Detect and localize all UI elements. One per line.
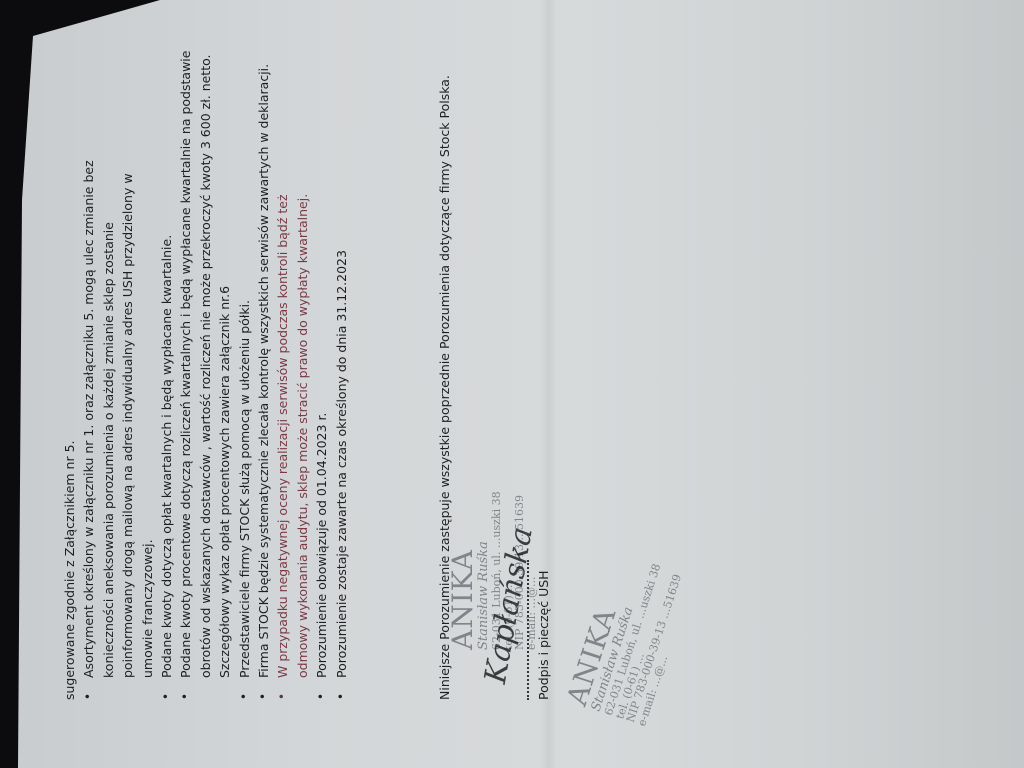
bullet-icon: • — [332, 678, 351, 700]
bullet-item: •Podane kwoty dotyczą opłat kwartalnych … — [157, 40, 176, 700]
bullet-icon: • — [235, 678, 254, 700]
bullet-icon: • — [176, 678, 195, 700]
bullet-item: •Porozumienie zostaje zawarte na czas ok… — [332, 40, 351, 700]
bullet-text-line: Asortyment określony w załączniku nr 1. … — [79, 40, 98, 678]
bullet-text-line: Porozumienie obowiązuje od 01.04.2023 r. — [312, 40, 331, 678]
bullet-text-line: Podane kwoty procentowe dotyczą rozlicze… — [176, 40, 195, 678]
bullet-icon: • — [254, 678, 273, 700]
bullet-item: •Porozumienie obowiązuje od 01.04.2023 r… — [312, 40, 331, 700]
bullet-text-line: Porozumienie zostaje zawarte na czas okr… — [332, 40, 351, 678]
bullet-text-line: odmowy wykonania audytu, sklep może stra… — [293, 40, 312, 678]
bullet-item: •Przedstawiciele firmy STOCK służą pomoc… — [235, 40, 254, 700]
bullet-item: •Podane kwoty procentowe dotyczą rozlicz… — [176, 40, 234, 700]
bullet-text-line: obrotów od wskazanych dostawców , wartoś… — [196, 40, 215, 678]
bullet-icon: • — [273, 678, 292, 700]
bullet-list: •Asortyment określony w załączniku nr 1.… — [79, 40, 351, 700]
bullet-text-line: Szczegółowy wykaz opłat procentowych zaw… — [215, 40, 234, 678]
bullet-icon: • — [312, 678, 331, 700]
bullet-text-line: Podane kwoty dotyczą opłat kwartalnych i… — [157, 40, 176, 678]
bullet-text-line: umowie franczyzowej. — [138, 40, 157, 678]
bullet-item: •Asortyment określony w załączniku nr 1.… — [79, 40, 157, 700]
bullet-text-line: Firma STOCK będzie systematycznie zlecał… — [254, 40, 273, 678]
bullet-text-line: poinformowany drogą mailową na adres ind… — [118, 40, 137, 678]
bullet-text-line: W przypadku negatywnej oceny realizacji … — [273, 40, 292, 678]
bullet-icon: • — [157, 678, 176, 700]
intro-line: sugerowane zgodnie z Załącznikiem nr 5. — [60, 40, 79, 700]
bullet-text-line: konieczności aneksowania porozumienia o … — [99, 40, 118, 678]
bullet-item: •Firma STOCK będzie systematycznie zleca… — [254, 40, 273, 700]
bullet-text-line: Przedstawiciele firmy STOCK służą pomocą… — [235, 40, 254, 678]
bullet-item: •W przypadku negatywnej oceny realizacji… — [273, 40, 312, 700]
bullet-icon: • — [79, 678, 98, 700]
